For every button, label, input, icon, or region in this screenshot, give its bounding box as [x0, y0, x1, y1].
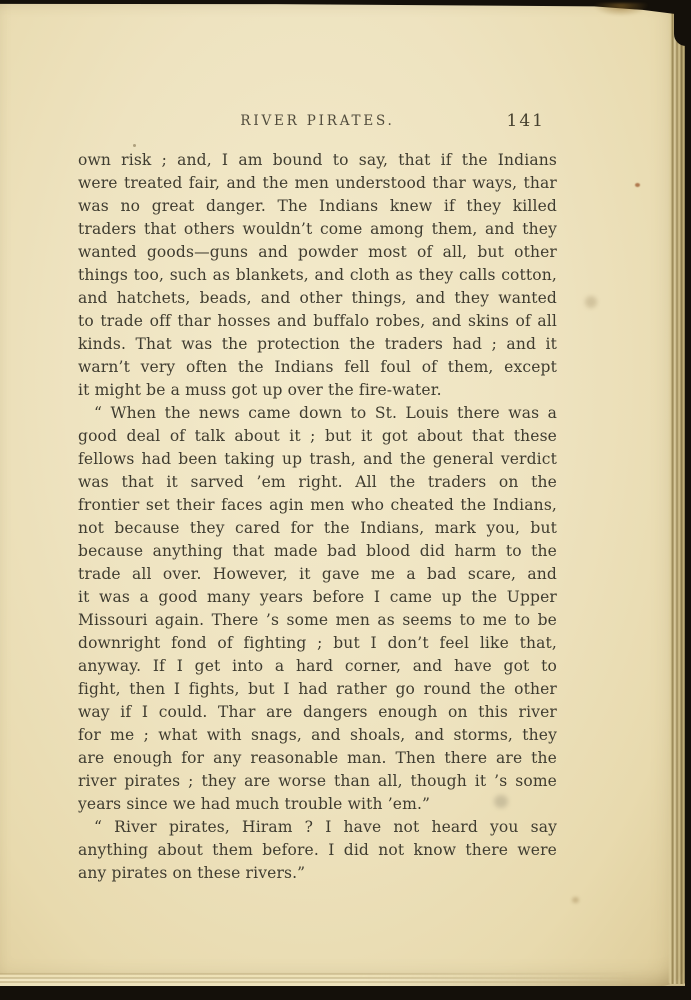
- page-number: 141: [507, 110, 545, 132]
- text-line: are enough for any reasonable man. Then …: [78, 747, 557, 770]
- text-line: any pirates on these rivers.”: [78, 862, 557, 885]
- text-line: were treated fair, and the men understoo…: [78, 172, 557, 195]
- photo-edge-bottom: [0, 986, 691, 1000]
- text-line: and hatchets, beads, and other things, a…: [78, 287, 557, 310]
- text-line: to trade off thar hosses and buffalo rob…: [78, 310, 557, 333]
- text-line: “ When the news came down to St. Louis t…: [78, 402, 557, 425]
- text-line: Missouri again. There ’s some men as see…: [78, 609, 557, 632]
- paper-speck: [133, 144, 136, 147]
- text-line: wanted goods—guns and powder most of all…: [78, 241, 557, 264]
- running-head-title: RIVER PIRATES.: [78, 112, 557, 130]
- paper-smudge: [494, 795, 508, 808]
- photo-edge-right: [685, 0, 691, 1000]
- running-head: RIVER PIRATES. 141: [78, 110, 557, 132]
- text-line: traders that others wouldn’t come among …: [78, 218, 557, 241]
- text-line: for me ; what with snags, and shoals, an…: [78, 724, 557, 747]
- text-line: it was a good many years before I came u…: [78, 586, 557, 609]
- text-line: was no great danger. The Indians knew if…: [78, 195, 557, 218]
- text-line: things too, such as blankets, and cloth …: [78, 264, 557, 287]
- text-line: fellows had been taking up trash, and th…: [78, 448, 557, 471]
- paragraph: “ When the news came down to St. Louis t…: [78, 402, 557, 816]
- text-line: warn’t very often the Indians fell foul …: [78, 356, 557, 379]
- text-line: way if I could. Thar are dangers enough …: [78, 701, 557, 724]
- paragraph: “ River pirates, Hiram ? I have not hear…: [78, 816, 557, 885]
- text-line: frontier set their faces agin men who ch…: [78, 494, 557, 517]
- text-line: “ River pirates, Hiram ? I have not hear…: [78, 816, 557, 839]
- paragraph: own risk ; and, I am bound to say, that …: [78, 149, 557, 402]
- text-line: anyway. If I get into a hard corner, and…: [78, 655, 557, 678]
- text-line: fight, then I fights, but I had rather g…: [78, 678, 557, 701]
- text-line: it might be a muss got up over the fire-…: [78, 379, 557, 402]
- text-line: was that it sarved ’em right. All the tr…: [78, 471, 557, 494]
- text-line: not because they cared for the Indians, …: [78, 517, 557, 540]
- text-line: years since we had much trouble with ’em…: [78, 793, 557, 816]
- text-line: downright fond of fighting ; but I don’t…: [78, 632, 557, 655]
- page-edge-stack-bottom: [0, 971, 651, 986]
- text-line: kinds. That was the protection the trade…: [78, 333, 557, 356]
- scanned-book-page: RIVER PIRATES. 141 own risk ; and, I am …: [0, 0, 691, 1000]
- text-block: own risk ; and, I am bound to say, that …: [78, 149, 557, 885]
- text-line: trade all over. However, it gave me a ba…: [78, 563, 557, 586]
- page-edge-stack-right: [668, 8, 686, 984]
- book-page-paper: RIVER PIRATES. 141 own risk ; and, I am …: [0, 0, 685, 986]
- paper-smudge: [572, 897, 579, 903]
- stain-top-right: [594, 3, 648, 16]
- text-line: good deal of talk about it ; but it got …: [78, 425, 557, 448]
- text-line: because anything that made bad blood did…: [78, 540, 557, 563]
- text-line: anything about them before. I did not kn…: [78, 839, 557, 862]
- text-line: river pirates ; they are worse than all,…: [78, 770, 557, 793]
- paper-smudge: [585, 296, 597, 308]
- paper-speck: [635, 183, 640, 187]
- text-line: own risk ; and, I am bound to say, that …: [78, 149, 557, 172]
